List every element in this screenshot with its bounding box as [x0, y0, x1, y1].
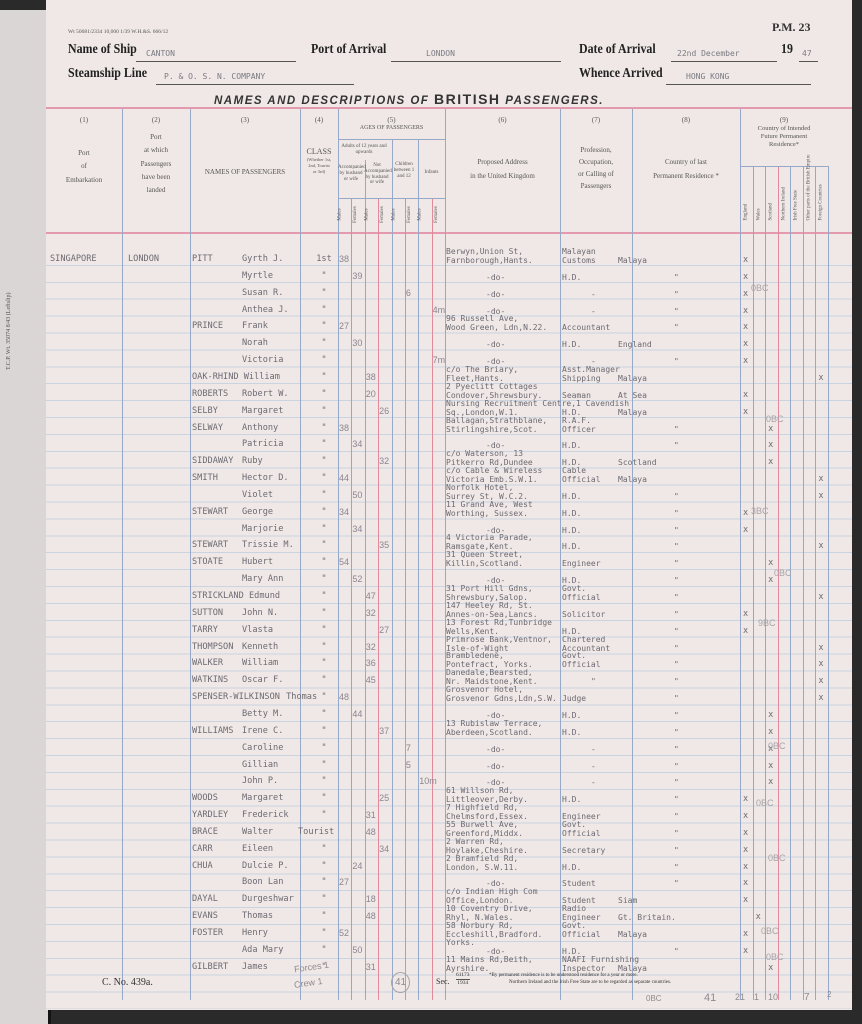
- given-name: Oscar F.: [242, 676, 283, 685]
- surname: CARR: [192, 845, 213, 854]
- last-residence-country: England: [618, 340, 652, 349]
- surname: CHUA: [192, 862, 213, 871]
- surname: THOMPSON: [192, 643, 233, 652]
- address-line-2: -do-: [486, 762, 505, 771]
- occupation-line-2: Student: [562, 879, 596, 888]
- surname: GILBERT: [192, 963, 228, 972]
- surname: STRICKLAND: [192, 592, 244, 601]
- table-row: STOATEHubert"5431 Queen Street,Killin,Sc…: [46, 554, 852, 571]
- intended-residence-mark: x: [743, 526, 748, 535]
- occupation-line-1: Asst.Manager: [562, 365, 620, 374]
- occupation-line-2: -: [591, 778, 596, 787]
- given-name: Gillian: [242, 761, 278, 770]
- intended-residence-mark: x: [743, 256, 748, 265]
- address-line-1: Norfolk Hotel,: [446, 483, 513, 492]
- intended-residence-mark: x: [768, 458, 773, 467]
- address-line-1: 11 Mains Rd,Beith,: [446, 955, 533, 964]
- surname: WALKER: [192, 659, 223, 668]
- address-line-1: 10 Coventry Drive,: [446, 904, 533, 913]
- age: 37: [379, 727, 389, 736]
- given-name: Patricia: [242, 440, 283, 449]
- given-name: Anthony: [242, 424, 278, 433]
- address-line-1: c/o Indian High Com: [446, 887, 538, 896]
- col3-header: (3) NAMES OF PASSENGERS: [190, 116, 300, 177]
- address-line-1: Ballagan,Strathblane,: [446, 416, 547, 425]
- col5-children-label: Children between 1 and 12: [390, 162, 418, 179]
- given-name: Anthea J.: [242, 306, 289, 315]
- occupation-line-2: H.D.: [562, 795, 581, 804]
- class: ": [314, 878, 334, 887]
- given-name: Edmund: [249, 592, 280, 601]
- address-line-1: Nursing Recruitment Centre,1 Cavendish: [446, 399, 629, 408]
- class: ": [314, 440, 334, 449]
- given-name: Frank: [242, 322, 268, 331]
- given-name: William: [244, 373, 280, 382]
- age: 10m: [419, 777, 437, 786]
- surname: STOATE: [192, 558, 223, 567]
- intended-residence-mark: x: [818, 660, 823, 669]
- last-residence-country: ": [674, 677, 679, 686]
- col3-label: NAMES OF PASSENGERS: [190, 168, 300, 177]
- occupation-line-1: Radio: [562, 904, 586, 913]
- given-name: Margaret: [242, 407, 283, 416]
- last-residence-country: Siam: [618, 896, 637, 905]
- intended-residence-mark: x: [768, 425, 773, 434]
- col2-label: Port at which Passengers have been lande…: [122, 131, 190, 197]
- surname: SIDDAWAY: [192, 457, 233, 466]
- surname: BRACE: [192, 828, 218, 837]
- age: 48: [366, 912, 376, 921]
- males-subheader: Males: [364, 208, 369, 220]
- header-bottom-rule: [46, 232, 852, 234]
- given-name: Kenneth: [242, 643, 278, 652]
- surname: STEWART: [192, 508, 228, 517]
- last-residence-country: ": [674, 778, 679, 787]
- females-subheader: Females: [433, 206, 438, 223]
- tally-extra: 2: [827, 990, 831, 999]
- class: ": [314, 643, 334, 652]
- class: ": [314, 541, 334, 550]
- table-row: SPENSER-WILKINSONThomas"48Grosvenor Hote…: [46, 689, 852, 706]
- occupation-line-2: Official: [562, 829, 601, 838]
- address-line-1: 31 Port Hill Gdns,: [446, 584, 533, 593]
- intended-residence-mark: x: [768, 728, 773, 737]
- given-name: Walter: [242, 828, 273, 837]
- intended-residence-mark: x: [818, 694, 823, 703]
- age: 38: [339, 255, 349, 264]
- class: ": [314, 744, 334, 753]
- year-field: 47: [799, 49, 818, 62]
- col5-divider: [338, 139, 445, 140]
- age: 48: [366, 828, 376, 837]
- last-residence-country: ": [674, 694, 679, 703]
- given-name: Frederick: [242, 811, 289, 820]
- address-line-1: 4 Victoria Parade,: [446, 533, 533, 542]
- last-residence-country: ": [674, 660, 679, 669]
- intended-residence-mark: x: [743, 627, 748, 636]
- last-residence-country: Malaya: [618, 475, 647, 484]
- obc-annotation: 0BC: [761, 926, 779, 936]
- address-line-1: Grosvenor Hotel,: [446, 685, 523, 694]
- footnote: *By permanent residence is to be underst…: [489, 972, 789, 986]
- class: ": [314, 676, 334, 685]
- intended-residence-mark: x: [818, 677, 823, 686]
- col4-label: CLASS: [300, 147, 338, 157]
- table-row: Myrtle"39-do-H.D."x: [46, 268, 852, 285]
- age: 27: [379, 626, 389, 635]
- age: 47: [366, 592, 376, 601]
- tally-obc: 0BC: [646, 994, 662, 1003]
- last-residence-country: Malaya: [618, 930, 647, 939]
- last-residence-country: ": [674, 509, 679, 518]
- tally-england: 21: [735, 992, 745, 1002]
- given-name: Boon Lan: [242, 878, 283, 887]
- class: ": [314, 794, 334, 803]
- last-residence-country: ": [674, 812, 679, 821]
- intended-residence-mark: x: [818, 475, 823, 484]
- occupation-line-1: Govt.: [562, 921, 586, 930]
- date-label: Date of Arrival: [579, 42, 656, 58]
- last-residence-country: ": [674, 323, 679, 332]
- occupation-line-2: Engineer: [562, 559, 601, 568]
- last-residence-country: ": [674, 728, 679, 737]
- address-line-1: 58 Norbury Rd,: [446, 921, 513, 930]
- age: 25: [379, 794, 389, 803]
- age: 24: [352, 862, 362, 871]
- given-name: Betty M.: [242, 710, 283, 719]
- address-line-2: Wood Green, Ldn,N.22.: [446, 323, 547, 332]
- age: 54: [339, 558, 349, 567]
- intended-residence-mark: x: [818, 644, 823, 653]
- given-name: Marjorie: [242, 525, 283, 534]
- last-residence-country: ": [674, 795, 679, 804]
- address-line-1: Yorks.: [446, 938, 475, 947]
- sec-label: Sec.: [436, 977, 450, 986]
- col1-header: (1) Port of Embarkation: [46, 116, 122, 187]
- intended-residence-mark: x: [818, 542, 823, 551]
- age: 27: [339, 322, 349, 331]
- intended-residence-mark: x: [768, 441, 773, 450]
- intended-residence-mark: x: [743, 812, 748, 821]
- last-residence-country: ": [674, 863, 679, 872]
- class: ": [314, 710, 334, 719]
- given-name: John N.: [242, 609, 278, 618]
- address-line-1: 31 Queen Street,: [446, 550, 523, 559]
- intended-residence-mark: x: [818, 593, 823, 602]
- age: 32: [366, 643, 376, 652]
- given-name: Irene C.: [242, 727, 283, 736]
- given-name: Hector D.: [242, 474, 289, 483]
- age: 35: [379, 541, 389, 550]
- age: 45: [366, 676, 376, 685]
- col7-header: (7) Profession, Occupation, or Calling o…: [560, 116, 632, 193]
- intended-residence-mark: x: [743, 323, 748, 332]
- last-residence-country: ": [674, 492, 679, 501]
- col5-label: AGES OF PASSENGERS: [338, 125, 445, 133]
- col2-number: (2): [122, 116, 190, 125]
- address-line-1: c/o Waterson, 13: [446, 449, 523, 458]
- age: 50: [352, 946, 362, 955]
- class: ": [314, 929, 334, 938]
- last-residence-country: ": [674, 593, 679, 602]
- given-name: Trissie M.: [242, 541, 294, 550]
- address-line-1: 2 Bramfield Rd,: [446, 854, 518, 863]
- address-line-1: 147 Heeley Rd, St.: [446, 601, 533, 610]
- address-line-2: London, S.W.11.: [446, 863, 518, 872]
- given-name: William: [242, 659, 278, 668]
- surname: DAYAL: [192, 895, 218, 904]
- occupation-line-2: ": [591, 677, 596, 686]
- last-residence-country: Malaya: [618, 374, 647, 383]
- females-subheader: Females: [407, 206, 412, 223]
- occupation-line-2: Customs: [562, 256, 596, 265]
- surname: YARDLEY: [192, 811, 228, 820]
- males-subheader: Males: [418, 208, 423, 220]
- table-row: STEWARTGeorge"3411 Grand Ave, WestWorthi…: [46, 504, 852, 521]
- age: 48: [339, 693, 349, 702]
- intended-residence-mark: x: [743, 340, 748, 349]
- last-residence-country: ": [674, 610, 679, 619]
- class: ": [314, 390, 334, 399]
- form-code: P.M. 23: [772, 20, 811, 35]
- address-line-1: 11 Grand Ave, West: [446, 500, 533, 509]
- port-of-embarkation: SINGAPORE: [50, 255, 97, 264]
- occupation-line-2: Official: [562, 593, 601, 602]
- intended-residence-mark: x: [743, 391, 748, 400]
- given-name: Ruby: [242, 457, 263, 466]
- table-row: Norah"30-do-H.D.Englandx: [46, 335, 852, 352]
- intended-residence-mark: x: [768, 711, 773, 720]
- address-line-1: c/o The Briary,: [446, 365, 518, 374]
- address-line-2: -do-: [486, 745, 505, 754]
- circled-total: 41: [391, 972, 410, 993]
- obc-annotation: 0BC: [766, 414, 784, 424]
- last-residence-country: ": [674, 273, 679, 282]
- ship-label: Name of Ship: [68, 42, 137, 58]
- obc-annotation: 0BC: [768, 853, 786, 863]
- age: 34: [339, 508, 349, 517]
- class: ": [314, 609, 334, 618]
- given-name: Mary Ann: [242, 575, 283, 584]
- col3-number: (3): [190, 116, 300, 125]
- residence-subheader: Wales: [756, 181, 761, 221]
- last-residence-country: ": [674, 947, 679, 956]
- last-residence-country: Scotland: [618, 458, 657, 467]
- age: 7m: [433, 356, 446, 365]
- whence-label: Whence Arrived: [579, 66, 663, 82]
- class: ": [314, 289, 334, 298]
- address-line-2: Aberdeen,Scotland.: [446, 728, 533, 737]
- class: ": [314, 845, 334, 854]
- age: 27: [339, 878, 349, 887]
- class: ": [314, 659, 334, 668]
- residence-subheader: Other parts of the British Empire: [806, 181, 811, 221]
- tally-total: 41: [704, 992, 716, 1004]
- col5-not-accompanied-label: Not Accompanied by husband or wife: [364, 163, 390, 186]
- sec-year: 1934: [456, 980, 470, 987]
- address-line-2: Killin,Scotland.: [446, 559, 523, 568]
- surname: EVANS: [192, 912, 218, 921]
- last-residence-country: ": [674, 425, 679, 434]
- age: 30: [352, 339, 362, 348]
- intended-residence-mark: x: [743, 408, 748, 417]
- col2-header: (2) Port at which Passengers have been l…: [122, 116, 190, 198]
- age: 5: [406, 761, 411, 770]
- age: 52: [352, 575, 362, 584]
- last-residence-country: ": [674, 829, 679, 838]
- address-line-1: Berwyn,Union St,: [446, 247, 523, 256]
- ship-name-field: CANTON: [136, 49, 296, 62]
- col1-number: (1): [46, 116, 122, 125]
- age: 52: [339, 929, 349, 938]
- col9-divider: [740, 166, 828, 167]
- residence-subheader: Irish Free State: [794, 181, 799, 221]
- last-residence-country: ": [674, 576, 679, 585]
- passenger-list-page: Wt 50681/2334 10,000 1/39 W.H.&S. 666/12…: [46, 0, 852, 1010]
- surname: WILLIAMS: [192, 727, 233, 736]
- given-name: Susan R.: [242, 289, 283, 298]
- age: 18: [366, 895, 376, 904]
- given-name: Thomas: [286, 693, 317, 702]
- date-of-arrival-field: 22nd December: [671, 49, 777, 62]
- port-landed: LONDON: [128, 255, 159, 264]
- intended-residence-mark: x: [743, 357, 748, 366]
- occupation-line-2: Shipping: [562, 374, 601, 383]
- col5-infants-label: Infants: [418, 170, 445, 176]
- males-subheader: Males: [391, 208, 396, 220]
- intended-residence-mark: x: [743, 896, 748, 905]
- tally-scotland: 10: [768, 992, 778, 1002]
- occupation-line-2: H.D.: [562, 509, 581, 518]
- given-name: George: [242, 508, 273, 517]
- class: ": [314, 407, 334, 416]
- age: 20: [366, 390, 376, 399]
- address-line-2: -do-: [486, 340, 505, 349]
- col8-label: Country of last Permanent Residence *: [632, 155, 740, 183]
- address-line-1: c/o Cable & Wireless: [446, 466, 542, 475]
- class: ": [314, 626, 334, 635]
- class: ": [314, 761, 334, 770]
- surname: SELWAY: [192, 424, 223, 433]
- age: 36: [366, 659, 376, 668]
- col6-label: Proposed Address in the United Kingdom: [445, 155, 560, 183]
- obc-annotation: 0BC: [751, 283, 769, 293]
- intended-residence-mark: x: [768, 576, 773, 585]
- class: ": [314, 912, 334, 921]
- address-line-1: 2 Warren Rd,: [446, 837, 504, 846]
- intended-residence-mark: x: [743, 610, 748, 619]
- address-line-2: Stirlingshire,Scot.: [446, 425, 538, 434]
- obc-annotation: 0BC: [768, 741, 786, 751]
- col8-number: (8): [632, 116, 740, 125]
- occupation-line-2: Official: [562, 660, 601, 669]
- class: ": [314, 777, 334, 786]
- address-line-2: Farnborough,Hants.: [446, 256, 533, 265]
- occupation-line-2: Solicitor: [562, 610, 605, 619]
- males-subheader: Males: [338, 208, 343, 220]
- females-subheader: Females: [353, 206, 358, 223]
- underlying-sheet: T.C.P. Wt. 35074 8/43 (Leftslip): [0, 10, 51, 1024]
- last-residence-country: ": [674, 307, 679, 316]
- title-prefix: NAMES AND DESCRIPTIONS OF: [214, 95, 429, 107]
- occupation-line-2: H.D.: [562, 728, 581, 737]
- obc-annotation: 3BC: [751, 506, 769, 516]
- intended-residence-mark: x: [743, 307, 748, 316]
- occupation-line-2: Officer: [562, 425, 596, 434]
- col4-header: (4) CLASS (Whether 1st, 2nd, Tourist or …: [300, 116, 338, 175]
- intended-residence-mark: x: [818, 492, 823, 501]
- class: 1st: [314, 255, 334, 264]
- given-name: James: [242, 963, 268, 972]
- col5-accompanied-label: Accompanied by husband or wife: [338, 165, 364, 182]
- address-line-2: Grosvenor Gdns,Ldn,S.W.: [446, 694, 557, 703]
- given-name: Robert W.: [242, 390, 289, 399]
- port-label: Port of Arrival: [311, 42, 386, 58]
- given-name: Henry: [242, 929, 268, 938]
- occupation-line-1: Chartered: [562, 635, 605, 644]
- table-row: Gillian"5-do--"x: [46, 757, 852, 774]
- occupation-line-2: H.D.: [562, 340, 581, 349]
- class: ": [314, 457, 334, 466]
- given-name: Dulcie P.: [242, 862, 289, 871]
- class: Tourist: [298, 828, 334, 837]
- intended-residence-mark: x: [756, 913, 761, 922]
- title-suffix: PASSENGERS.: [505, 95, 604, 107]
- class: ": [314, 592, 334, 601]
- class: ": [314, 525, 334, 534]
- col5-adults-label: Adults of 12 years and upwards: [338, 144, 390, 156]
- intended-residence-mark: x: [743, 290, 748, 299]
- females-subheader: Females: [380, 206, 385, 223]
- occupation-line-1: Govt.: [562, 651, 586, 660]
- address-line-2: -do-: [486, 290, 505, 299]
- age: 44: [352, 710, 362, 719]
- age: 38: [366, 373, 376, 382]
- table-row: CHUADulcie P."242 Bramfield Rd,London, S…: [46, 858, 852, 875]
- address-line-1: 61 Willson Rd,: [446, 786, 513, 795]
- class: ": [314, 339, 334, 348]
- class: ": [314, 306, 334, 315]
- last-residence-country: ": [674, 745, 679, 754]
- class: ": [314, 558, 334, 567]
- address-line-2: -do-: [486, 273, 505, 282]
- col9-label: Country of Intended Future Permanent Res…: [740, 125, 828, 148]
- occupation-line-2: H.D.: [562, 441, 581, 450]
- occupation-line-2: H.D.: [562, 273, 581, 282]
- occupation-line-2: Official: [562, 475, 601, 484]
- age: 50: [352, 491, 362, 500]
- col5-header: (5) AGES OF PASSENGERS: [338, 116, 445, 133]
- class: ": [314, 862, 334, 871]
- last-residence-country: ": [674, 711, 679, 720]
- occupation-line-1: Govt.: [562, 584, 586, 593]
- given-name: Eileen: [242, 845, 273, 854]
- last-residence-country: ": [674, 762, 679, 771]
- last-residence-country: ": [674, 542, 679, 551]
- last-residence-country: ": [674, 290, 679, 299]
- given-name: Victoria: [242, 356, 283, 365]
- address-line-2: Worthing, Sussex.: [446, 509, 528, 518]
- given-name: Myrtle: [242, 272, 273, 281]
- surname: ROBERTS: [192, 390, 228, 399]
- obc-annotation: 0BC: [766, 952, 784, 962]
- col5-number: (5): [338, 116, 445, 125]
- surname: SPENSER-WILKINSON: [192, 693, 280, 702]
- address-line-1: 7 Highfield Rd,: [446, 803, 518, 812]
- steamship-line-label: Steamship Line: [68, 66, 147, 82]
- age: 34: [352, 525, 362, 534]
- address-line-1: 2 Pyeclitt Cottages: [446, 382, 538, 391]
